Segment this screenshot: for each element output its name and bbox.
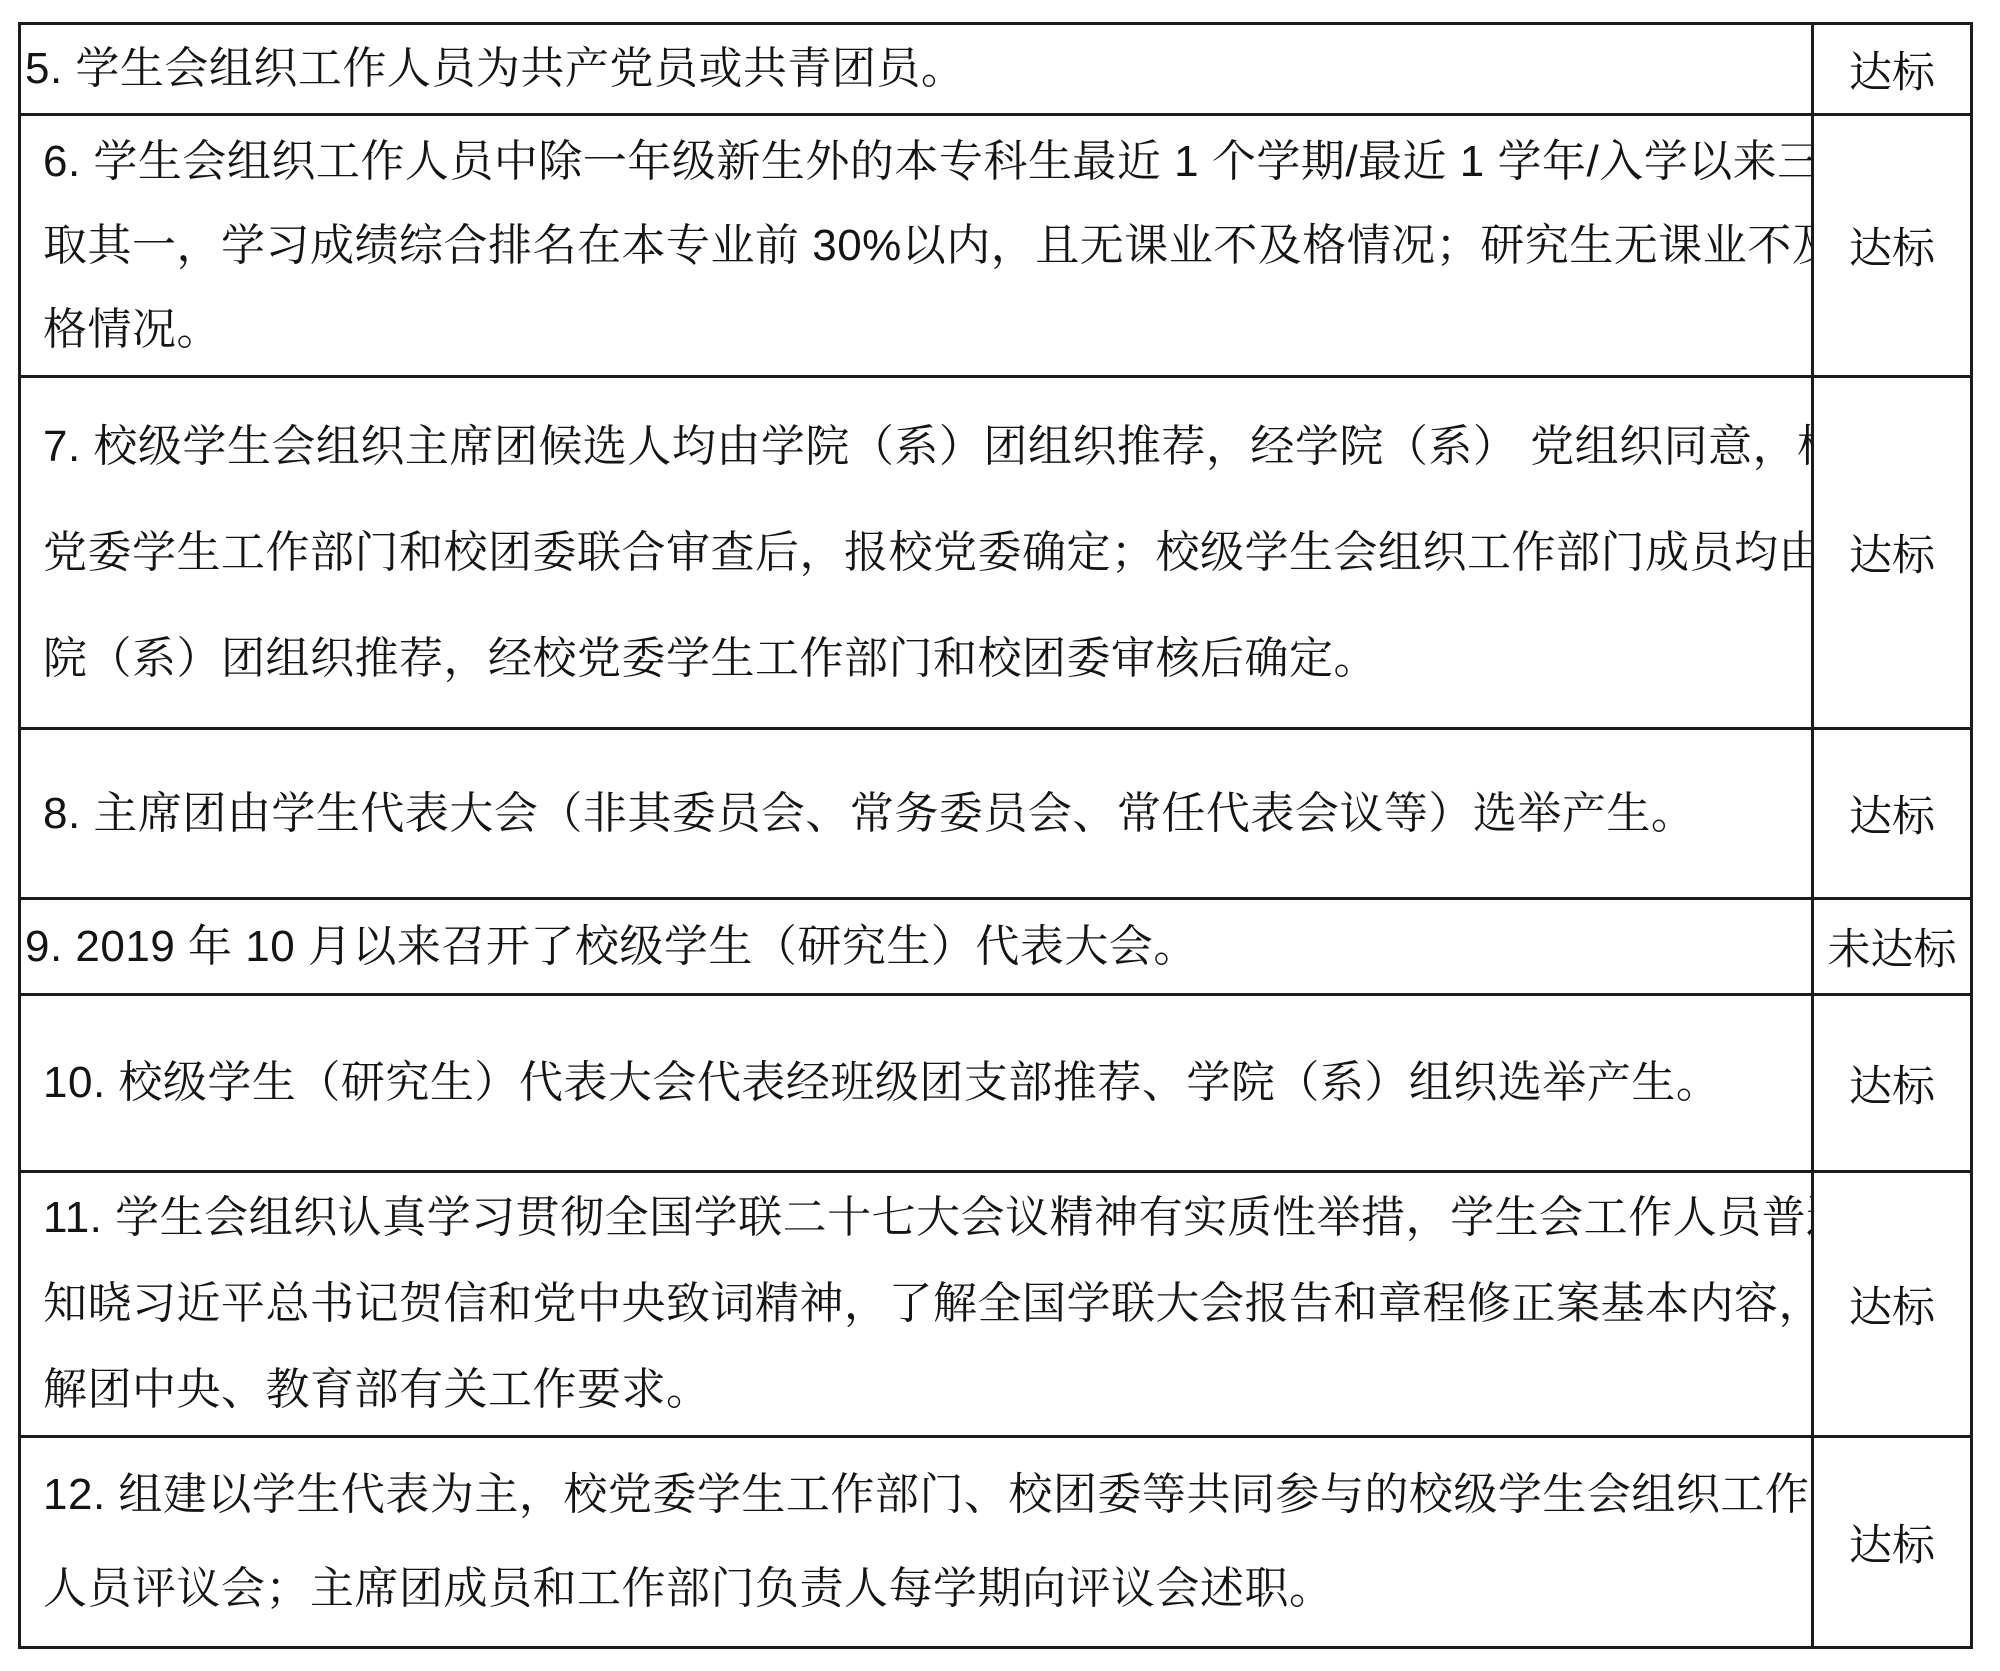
criterion-line: 11. 学生会组织认真学习贯彻全国学联二十七大会议精神有实质性举措，学生会工作人… <box>43 1175 1799 1261</box>
status-text: 达标 <box>1849 49 1935 97</box>
criterion-line: 人员评议会；主席团成员和工作部门负责人每学期向评议会述职。 <box>43 1542 1799 1636</box>
status-cell: 达标 <box>1813 729 1972 899</box>
criterion-line: 取其一，学习成绩综合排名在本专业前 30%以内，且无课业不及格情况；研究生无课业… <box>43 204 1799 288</box>
criterion-line: 7. 校级学生会组织主席团候选人均由学院（系）团组织推荐，经学院（系） 党组织同… <box>43 394 1799 500</box>
criterion-line: 5. 学生会组织工作人员为共产党员或共青团员。 <box>25 39 1799 99</box>
status-text: 达标 <box>1849 793 1935 841</box>
criterion-cell: 5. 学生会组织工作人员为共产党员或共青团员。 <box>20 24 1813 115</box>
criterion-line: 9. 2019 年 10 月以来召开了校级学生（研究生）代表大会。 <box>25 917 1799 977</box>
status-text: 达标 <box>1849 532 1935 580</box>
criterion-cell: 11. 学生会组织认真学习贯彻全国学联二十七大会议精神有实质性举措，学生会工作人… <box>20 1172 1813 1437</box>
criterion-cell: 6. 学生会组织工作人员中除一年级新生外的本专科生最近 1 个学期/最近 1 学… <box>20 115 1813 377</box>
table-row: 9. 2019 年 10 月以来召开了校级学生（研究生）代表大会。未达标 <box>20 899 1972 995</box>
status-cell: 达标 <box>1813 377 1972 729</box>
table-row: 7. 校级学生会组织主席团候选人均由学院（系）团组织推荐，经学院（系） 党组织同… <box>20 377 1972 729</box>
status-text: 达标 <box>1849 225 1935 273</box>
status-text: 达标 <box>1849 1063 1935 1111</box>
criterion-cell: 8. 主席团由学生代表大会（非其委员会、常务委员会、常任代表会议等）选举产生。 <box>20 729 1813 899</box>
compliance-table-body: 5. 学生会组织工作人员为共产党员或共青团员。达标6. 学生会组织工作人员中除一… <box>20 24 1972 1648</box>
criterion-line: 12. 组建以学生代表为主，校党委学生工作部门、校团委等共同参与的校级学生会组织… <box>43 1448 1799 1542</box>
table-row: 6. 学生会组织工作人员中除一年级新生外的本专科生最近 1 个学期/最近 1 学… <box>20 115 1972 377</box>
status-cell: 达标 <box>1813 24 1972 115</box>
criterion-cell: 9. 2019 年 10 月以来召开了校级学生（研究生）代表大会。 <box>20 899 1813 995</box>
status-text: 未达标 <box>1828 926 1957 974</box>
status-text: 达标 <box>1849 1284 1935 1332</box>
criterion-line: 6. 学生会组织工作人员中除一年级新生外的本专科生最近 1 个学期/最近 1 学… <box>43 120 1799 204</box>
criterion-line: 党委学生工作部门和校团委联合审查后，报校党委确定；校级学生会组织工作部门成员均由… <box>43 500 1799 606</box>
criterion-line: 知晓习近平总书记贺信和党中央致词精神，了解全国学联大会报告和章程修正案基本内容，… <box>43 1261 1799 1347</box>
status-cell: 达标 <box>1813 995 1972 1172</box>
table-row: 5. 学生会组织工作人员为共产党员或共青团员。达标 <box>20 24 1972 115</box>
table-row: 12. 组建以学生代表为主，校党委学生工作部门、校团委等共同参与的校级学生会组织… <box>20 1437 1972 1648</box>
status-cell: 达标 <box>1813 115 1972 377</box>
table-row: 8. 主席团由学生代表大会（非其委员会、常务委员会、常任代表会议等）选举产生。达… <box>20 729 1972 899</box>
status-cell: 达标 <box>1813 1437 1972 1648</box>
table-row: 10. 校级学生（研究生）代表大会代表经班级团支部推荐、学院（系）组织选举产生。… <box>20 995 1972 1172</box>
criterion-line: 解团中央、教育部有关工作要求。 <box>43 1347 1799 1433</box>
status-cell: 达标 <box>1813 1172 1972 1437</box>
criterion-line: 格情况。 <box>43 288 1799 372</box>
criterion-line: 院（系）团组织推荐，经校党委学生工作部门和校团委审核后确定。 <box>43 606 1799 712</box>
compliance-table: 5. 学生会组织工作人员为共产党员或共青团员。达标6. 学生会组织工作人员中除一… <box>18 22 1973 1649</box>
table-row: 11. 学生会组织认真学习贯彻全国学联二十七大会议精神有实质性举措，学生会工作人… <box>20 1172 1972 1437</box>
criterion-cell: 10. 校级学生（研究生）代表大会代表经班级团支部推荐、学院（系）组织选举产生。 <box>20 995 1813 1172</box>
status-cell: 未达标 <box>1813 899 1972 995</box>
criterion-cell: 12. 组建以学生代表为主，校党委学生工作部门、校团委等共同参与的校级学生会组织… <box>20 1437 1813 1648</box>
status-text: 达标 <box>1849 1522 1935 1570</box>
criterion-line: 8. 主席团由学生代表大会（非其委员会、常务委员会、常任代表会议等）选举产生。 <box>43 784 1799 844</box>
criterion-line: 10. 校级学生（研究生）代表大会代表经班级团支部推荐、学院（系）组织选举产生。 <box>43 1053 1799 1113</box>
criterion-cell: 7. 校级学生会组织主席团候选人均由学院（系）团组织推荐，经学院（系） 党组织同… <box>20 377 1813 729</box>
